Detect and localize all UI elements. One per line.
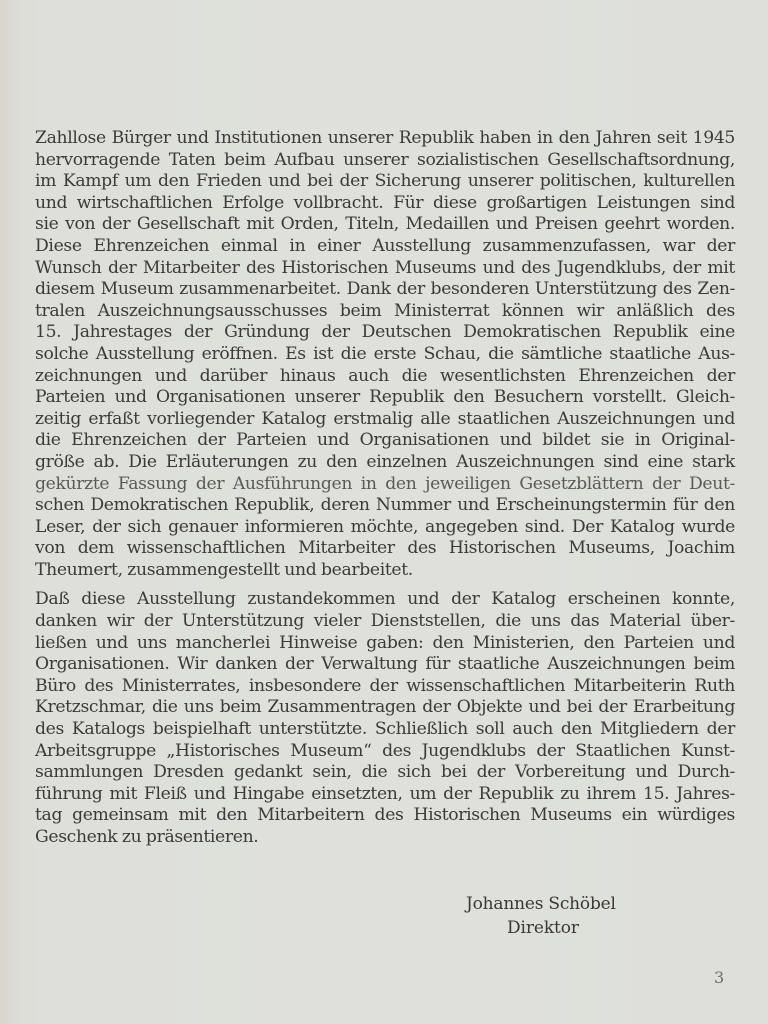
text-line: Diese Ehrenzeichen einmal in einer Ausst… bbox=[35, 236, 735, 258]
text-line: größe ab. Die Erläuterungen zu den einze… bbox=[35, 452, 735, 474]
text-line: führung mit Fleiß und Hingabe einsetzten… bbox=[35, 784, 735, 806]
signatory-name: Johannes Schöbel bbox=[466, 892, 626, 916]
text-line: im Kampf um den Frieden und bei der Sich… bbox=[35, 171, 735, 193]
page-number: 3 bbox=[714, 968, 724, 987]
paragraph-1: Zahllose Bürger und Institutionen unsere… bbox=[35, 128, 735, 581]
text-line: tralen Auszeichnungsausschusses beim Min… bbox=[35, 301, 735, 323]
text-line: diesem Museum zusammenarbeitet. Dank der… bbox=[35, 279, 735, 301]
text-line: Büro des Ministerrates, insbesondere der… bbox=[35, 676, 735, 698]
signature-block: Johannes Schöbel Direktor bbox=[466, 892, 626, 940]
signatory-title: Direktor bbox=[466, 916, 626, 940]
text-line: danken wir der Unterstützung vieler Dien… bbox=[35, 611, 735, 633]
book-page: Zahllose Bürger und Institutionen unsere… bbox=[0, 0, 768, 1024]
text-line: Parteien und Organisationen unserer Repu… bbox=[35, 387, 735, 409]
text-line: tag gemeinsam mit den Mitarbeitern des H… bbox=[35, 805, 735, 827]
text-line: von dem wissenschaftlichen Mitarbeiter d… bbox=[35, 538, 735, 560]
text-line: des Katalogs beispielhaft unterstützte. … bbox=[35, 719, 735, 741]
text-line: Theumert, zusammengestellt und bearbeite… bbox=[35, 560, 735, 582]
text-line: Geschenk zu präsentieren. bbox=[35, 827, 735, 849]
text-line: gekürzte Fassung der Ausführungen in den… bbox=[35, 474, 735, 496]
text-line: schen Demokratischen Republik, deren Num… bbox=[35, 495, 735, 517]
text-line: Kretzschmar, die uns beim Zusammentragen… bbox=[35, 697, 735, 719]
text-line: Arbeitsgruppe „Historisches Museum“ des … bbox=[35, 741, 735, 763]
text-line: Daß diese Ausstellung zustandekommen und… bbox=[35, 589, 735, 611]
text-line: Leser, der sich genauer informieren möch… bbox=[35, 517, 735, 539]
text-line: zeitig erfaßt vorliegender Katalog erstm… bbox=[35, 409, 735, 431]
text-line: die Ehrenzeichen der Parteien und Organi… bbox=[35, 430, 735, 452]
text-line: 15. Jahrestages der Gründung der Deutsch… bbox=[35, 322, 735, 344]
paragraph-2: Daß diese Ausstellung zustandekommen und… bbox=[35, 589, 735, 848]
text-line: Zahllose Bürger und Institutionen unsere… bbox=[35, 128, 735, 150]
body-text: Zahllose Bürger und Institutionen unsere… bbox=[35, 128, 735, 849]
text-line: sammlungen Dresden gedankt sein, die sic… bbox=[35, 762, 735, 784]
text-line: ließen und uns mancherlei Hinweise gaben… bbox=[35, 633, 735, 655]
text-line: hervorragende Taten beim Aufbau unserer … bbox=[35, 150, 735, 172]
text-line: zeichnungen und darüber hinaus auch die … bbox=[35, 366, 735, 388]
text-line: und wirtschaftlichen Erfolge vollbracht.… bbox=[35, 193, 735, 215]
text-line: sie von der Gesellschaft mit Orden, Tite… bbox=[35, 214, 735, 236]
text-line: Wunsch der Mitarbeiter des Historischen … bbox=[35, 258, 735, 280]
text-line: Organisationen. Wir danken der Verwaltun… bbox=[35, 654, 735, 676]
text-line: solche Ausstellung eröffnen. Es ist die … bbox=[35, 344, 735, 366]
